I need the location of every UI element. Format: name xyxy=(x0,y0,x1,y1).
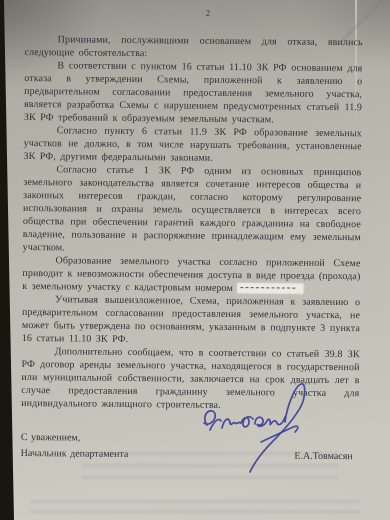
paragraph-reasons-intro: Причинами, послужившими основанием для о… xyxy=(24,33,362,62)
page-number: 2 xyxy=(53,6,363,20)
letter-body: Причинами, послужившими основанием для о… xyxy=(21,33,363,413)
paragraph-access-issue-text: Образование земельного участка согласно … xyxy=(22,255,360,294)
redaction-box-cadastral-number xyxy=(237,283,303,294)
paragraph-conclusion: Учитывая вышеизложенное, Схема, приложен… xyxy=(22,293,360,348)
paragraph-article-11-10: В соответствии с пунктом 16 статьи 11.10… xyxy=(24,59,363,127)
paragraph-article-1: Согласно статье 1 ЗК РФ одним из основны… xyxy=(23,163,362,257)
paragraph-additional-info: Дополнительно сообщаем, что в соответств… xyxy=(21,345,360,413)
bleed-through-text-upper xyxy=(82,452,338,486)
bleed-through-text-lower xyxy=(30,500,360,515)
paragraph-article-11-9: Согласно пункту 6 статьи 11.9 ЗК РФ обра… xyxy=(23,124,361,166)
paper-sheet: 2 Причинами, послужившими основанием для… xyxy=(0,0,390,520)
paragraph-access-issue: Образование земельного участка согласно … xyxy=(22,254,360,296)
photo-of-document: { "page_number": "2", "letter": { "parag… xyxy=(0,0,390,520)
letter-page: 2 Причинами, послужившими основанием для… xyxy=(21,6,363,465)
